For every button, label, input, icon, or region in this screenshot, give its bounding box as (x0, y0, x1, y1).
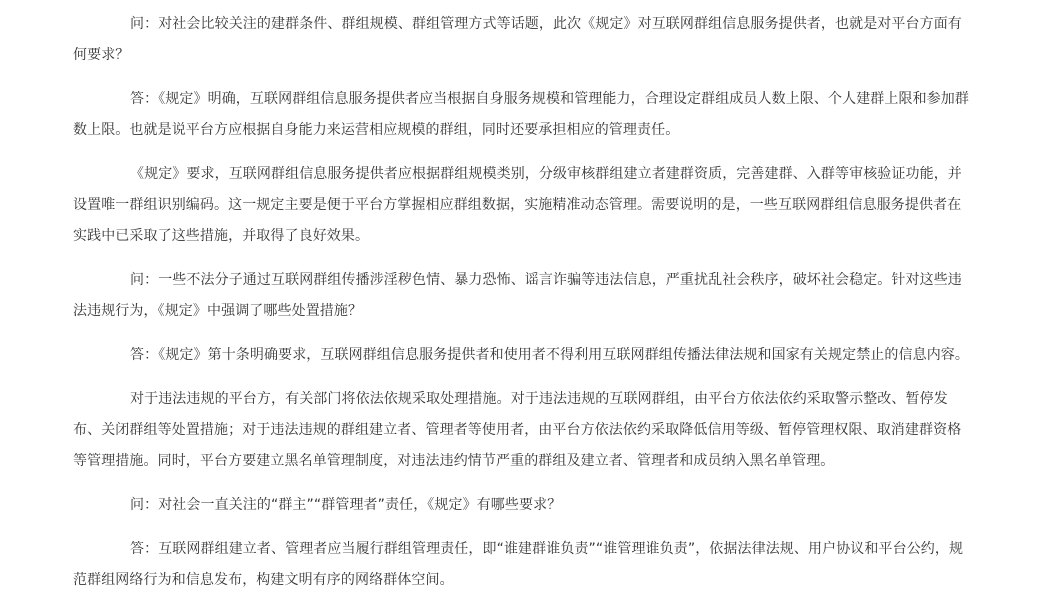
answer-paragraph-article-ten: 答：《规定》第十条明确要求，互联网群组信息服务提供者和使用者不得利用互联网群组传… (73, 340, 973, 371)
answer-paragraph-disposal-measures: 对于违法违规的平台方，有关部门将依法依规采取处理措施。对于违法违规的互联网群组，… (73, 384, 973, 477)
question-paragraph-illegal-info: 问：一些不法分子通过互联网群组传播涉淫秽色情、暴力恐怖、谣言诈骗等违法信息，严重… (73, 265, 973, 327)
answer-paragraph-group-review: 《规定》要求，互联网群组信息服务提供者应根据群组规模类别，分级审核群组建立者建群… (73, 159, 973, 252)
answer-paragraph-owner-responsibility: 答：互联网群组建立者、管理者应当履行群组管理责任，即“谁建群谁负责”“谁管理谁负… (73, 534, 973, 596)
question-paragraph-group-conditions: 问：对社会比较关注的建群条件、群组规模、群组管理方式等话题，此次《规定》对互联网… (73, 9, 973, 71)
article-body: 问：对社会比较关注的建群条件、群组规模、群组管理方式等话题，此次《规定》对互联网… (73, 9, 973, 609)
answer-paragraph-group-limits: 答：《规定》明确，互联网群组信息服务提供者应当根据自身服务规模和管理能力，合理设… (73, 84, 973, 146)
question-paragraph-group-owner: 问：对社会一直关注的“群主”“群管理者”责任，《规定》有哪些要求？ (73, 490, 973, 521)
